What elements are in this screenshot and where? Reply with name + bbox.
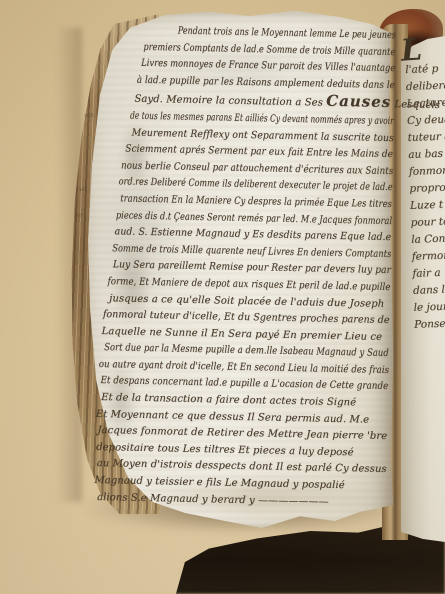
photo-vignette [0,0,445,594]
photo-background: Pendant trois ans le Moyennant lemme Le … [0,0,445,594]
